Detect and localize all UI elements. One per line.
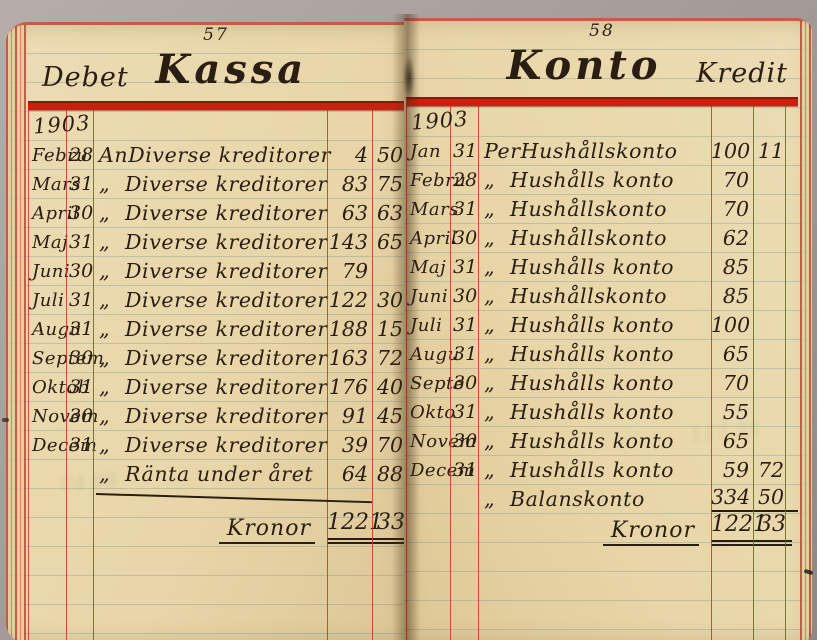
entry-description: „Balanskonto [478,489,711,513]
entry-month [406,509,450,512]
kassa-title: Kassa [129,46,334,93]
entry-text: Hushållskonto [510,226,667,250]
entry-month: Juli [28,292,66,313]
entry-month: April [28,205,66,226]
entry-text: Hushålls konto [510,255,674,279]
entry-text: Hushålls konto [510,313,674,337]
entry-description: „Hushålls konto [478,373,711,397]
entry-prefix: „ [99,290,125,311]
entry-day: 30 [450,229,478,251]
entry-amount-kronor: 62 [711,228,753,252]
entry-amount-ore: 72 [372,348,404,372]
edge-mark [2,418,9,422]
entry-prefix: „ [484,489,510,510]
entry-day: 31 [450,403,478,425]
year-label-right: 1903 [404,101,482,135]
entry-prefix: „ [99,232,125,253]
entry-amount-kronor: 63 [327,203,372,227]
entry-text: Diverse kreditorer [125,317,328,341]
entry-amount-ore [753,190,798,193]
entry-prefix: „ [484,460,510,481]
entry-amount-ore [753,335,798,338]
entry-prefix: An [99,145,128,166]
entry-prefix: Per [484,141,521,162]
entry-day: 31 [66,378,93,400]
total-ore-right: 33 [753,512,792,546]
entry-prefix: „ [484,257,510,278]
entry-text: Hushålls konto [510,400,674,424]
entry-description: „Diverse kreditorer [93,377,327,401]
ledger-entry-row: Novem 30 „Hushålls konto 65 [406,425,798,454]
entry-description: „Diverse kreditorer [93,290,327,314]
total-row-left: Kronor 1221 33 [28,510,404,543]
entry-text: Diverse kreditorer [125,404,328,428]
page-edge-red-stripes [6,25,26,640]
entry-text: Hushålls konto [510,429,674,453]
ledger-entry-row: Okto 31 „Hushålls konto 55 [406,396,798,425]
entry-amount-kronor: 65 [711,344,753,368]
year-label-left: 1903 [26,105,104,139]
entry-text: Hushållskonto [510,197,667,221]
entry-description: „Hushålls konto [478,170,711,194]
entry-amount-ore: 75 [372,174,404,198]
entry-prefix: „ [484,431,510,452]
entry-amount-ore: 11 [753,141,798,165]
entry-text: Balanskonto [510,487,645,511]
entry-month: Novem [28,408,66,429]
kronor-label-left: Kronor [93,516,327,544]
entry-prefix: „ [484,228,510,249]
entry-day: 30 [66,349,93,371]
entry-amount-kronor: 85 [711,257,753,281]
entry-amount-kronor: 334 [711,487,753,513]
entry-month: Juli [406,317,450,338]
entry-description: „Hushålls konto [478,402,711,426]
ledger-entry-row: Juli 31 „Hushålls konto 100 [406,309,798,338]
ledger-entry-row: Decem 31 „Hushålls konto 59 72 [406,454,798,483]
ledger-entry-row: Mars 31 „Hushållskonto 70 [406,193,798,222]
entry-text: Diverse kreditorer [125,346,328,370]
entry-prefix: „ [484,315,510,336]
entry-amount-kronor: 70 [711,199,753,223]
entry-day: 31 [450,258,478,280]
entry-description: PerHushållskonto [478,141,711,165]
entry-text: Ränta under året [125,462,313,486]
ledger-table-left: 1903 Febru 28 AnDiverse kreditorer 4 50 … [28,110,404,640]
entry-month: Okto [406,404,450,425]
page-edge-red-stripes [800,21,812,640]
entry-amount-kronor: 55 [711,402,753,426]
entry-description: „Hushållskonto [478,199,711,223]
entry-amount-kronor: 83 [327,174,372,198]
entry-month: Augu [406,346,450,367]
entry-month: April [406,230,450,251]
entry-text: Hushålls konto [510,371,674,395]
debet-label: Debet [42,62,129,93]
konto-title: Konto [472,42,696,89]
entry-amount-ore: 72 [753,460,798,484]
entry-day: 31 [66,233,93,255]
total-kronor-left: 1221 [327,510,372,544]
entry-month: Juni [406,288,450,309]
kredit-label: Kredit [696,58,788,89]
ledger-table-right: 1903 Jan 31 PerHushållskonto 100 11 Febr… [406,106,798,640]
entry-amount-kronor: 122 [327,290,372,314]
entry-month: Febru [28,147,66,168]
entry-amount-ore: 45 [372,406,404,430]
entry-amount-kronor: 100 [711,141,753,165]
ledger-entry-row: Septem 30 „Diverse kreditorer 163 72 [28,342,404,371]
entry-prefix: „ [99,435,125,456]
entry-prefix: „ [99,203,125,224]
closing-gap [28,487,404,510]
closing-diagonal-line [96,493,372,503]
entry-amount-kronor: 176 [327,377,372,401]
entry-day: 30 [450,432,478,454]
entry-day: 31 [66,175,93,197]
entry-prefix: „ [484,402,510,423]
ledger-entry-row: April 30 „Diverse kreditorer 63 63 [28,197,404,226]
ledger-entry-row: Juni 30 „Hushållskonto 85 [406,280,798,309]
entry-day [450,509,478,512]
entry-day: 31 [66,436,93,458]
entry-month: Maj [28,234,66,255]
ledger-page-right: 58 Konto Kredit 1903 Jan 31 PerHushållsk… [404,18,812,640]
entry-amount-kronor: 4 [327,145,372,169]
entry-day: 31 [66,291,93,313]
entry-prefix: „ [99,406,125,427]
kronor-label-right: Kronor [478,518,711,546]
entry-month: Septem [28,350,66,371]
entry-amount-kronor: 70 [711,373,753,397]
entry-text: Diverse kreditorer [125,433,328,457]
entry-text: Diverse kreditorer [125,375,328,399]
entry-description: „Diverse kreditorer [93,406,327,430]
entry-description: „Hushålls konto [478,344,711,368]
entry-month: Decem [406,462,450,483]
entry-description: „Diverse kreditorer [93,435,327,459]
entry-amount-kronor: 39 [327,435,372,459]
ledger-entry-row: Febru 28 „Hushålls konto 70 [406,164,798,193]
ledger-entry-row: Augu 31 „Diverse kreditorer 188 15 [28,313,404,342]
entry-amount-kronor: 70 [711,170,753,194]
ledger-entry-row: Maj 31 „Diverse kreditorer 143 65 [28,226,404,255]
ledger-page-left: 57 Debet Kassa 1903 Febru 28 AnDiverse k… [6,22,404,640]
entry-text: Diverse kreditorer [125,230,328,254]
entry-amount-kronor: 85 [711,286,753,310]
entry-amount-ore: 65 [372,232,404,256]
entry-amount-ore [753,422,798,425]
entry-prefix: „ [484,344,510,365]
entry-amount-kronor: 64 [327,464,372,488]
entry-amount-ore: 88 [372,464,404,488]
entry-day: 31 [450,200,478,222]
entry-description: „Hushålls konto [478,257,711,281]
entry-description: „Hushålls konto [478,460,711,484]
entry-month: Mars [28,176,66,197]
entry-description: „Diverse kreditorer [93,203,327,227]
entry-month: Decem [28,437,66,458]
entry-day: 31 [450,316,478,338]
entry-month: Oktob [28,379,66,400]
ledger-entry-row: Juli 31 „Diverse kreditorer 122 30 [28,284,404,313]
entry-amount-kronor: 79 [327,261,372,285]
entry-amount-ore: 50 [372,145,404,169]
entry-amount-kronor: 163 [327,348,372,372]
entry-month: Maj [406,259,450,280]
entries-right: Jan 31 PerHushållskonto 100 11 Febru 28 … [406,135,798,512]
entries-left: Febru 28 AnDiverse kreditorer 4 50 Mars … [28,139,404,487]
entry-day: 28 [450,171,478,193]
entry-prefix: „ [99,319,125,340]
entry-amount-ore [753,277,798,280]
entry-amount-ore: 40 [372,377,404,401]
entry-prefix: „ [484,286,510,307]
entry-text: Hushålls konto [510,342,674,366]
entry-prefix: „ [99,464,125,485]
entry-text: Diverse kreditorer [128,143,331,167]
entry-amount-ore: 50 [753,487,798,513]
page-header-right: Konto Kredit [406,45,798,91]
entry-amount-ore: 63 [372,203,404,227]
entry-text: Diverse kreditorer [125,172,328,196]
entry-prefix: „ [484,199,510,220]
entry-month: Febru [406,172,450,193]
entry-text: Hushålls konto [510,458,674,482]
ledger-entry-row: Juni 30 „Diverse kreditorer 79 [28,255,404,284]
entry-description: „Diverse kreditorer [93,348,327,372]
entry-amount-kronor: 65 [711,431,753,455]
entry-day: 30 [450,374,478,396]
entry-amount-kronor: 100 [711,315,753,339]
total-row-right: Kronor 1221 33 [406,512,798,545]
total-ore-left: 33 [372,510,405,544]
entry-amount-ore [753,393,798,396]
ledger-entry-row: April 30 „Hushållskonto 62 [406,222,798,251]
entry-amount-ore [753,219,798,222]
entry-text: Diverse kreditorer [125,288,328,312]
ledger-entry-row: Oktob 31 „Diverse kreditorer 176 40 [28,371,404,400]
entry-text: Diverse kreditorer [125,259,328,283]
entry-day: 31 [66,320,93,342]
total-kronor-right: 1221 [711,512,753,546]
page-header-left: Debet Kassa [28,49,404,95]
entry-month: Augu [28,321,66,342]
entry-day: 30 [66,262,93,284]
entry-month: Mars [406,201,450,222]
ledger-entry-row: Septe 30 „Hushålls konto 70 [406,367,798,396]
entry-amount-kronor: 188 [327,319,372,343]
entry-description: „Hushållskonto [478,228,711,252]
entry-day: 31 [450,142,478,164]
entry-description: AnDiverse kreditorer [93,145,327,169]
entry-prefix: „ [99,174,125,195]
entry-description: „Ränta under året [93,464,327,488]
entry-day: 28 [66,146,93,168]
entry-day: 30 [450,287,478,309]
entry-description: „Diverse kreditorer [93,232,327,256]
entry-description: „Hushålls konto [478,431,711,455]
entry-text: Diverse kreditorer [125,201,328,225]
entry-month: Septe [406,375,450,396]
entry-text: Hushållskonto [510,284,667,308]
entry-prefix: „ [484,373,510,394]
entry-day: 31 [450,345,478,367]
ledger-entry-row: Jan 31 PerHushållskonto 100 11 [406,135,798,164]
entry-amount-ore: 70 [372,435,404,459]
entry-description: „Diverse kreditorer [93,261,327,285]
entry-month: Novem [406,433,450,454]
ledger-entry-row: Febru 28 AnDiverse kreditorer 4 50 [28,139,404,168]
entry-amount-ore [372,281,404,284]
entry-text: Hushålls konto [510,168,674,192]
entry-day: 30 [66,204,93,226]
entry-prefix: „ [99,261,125,282]
entry-description: „Diverse kreditorer [93,174,327,198]
entry-day: 31 [450,461,478,483]
ledger-entry-row: „Ränta under året 64 88 [28,458,404,487]
ledger-entry-row: „Balanskonto 334 50 [406,483,798,512]
ledger-entry-row: Decem 31 „Diverse kreditorer 39 70 [28,429,404,458]
entry-text: Hushållskonto [521,139,678,163]
entry-amount-ore [753,451,798,454]
entry-amount-kronor: 143 [327,232,372,256]
entry-day: 30 [66,407,93,429]
entry-amount-ore: 30 [372,290,404,314]
ledger-entry-row: Novem 30 „Diverse kreditorer 91 45 [28,400,404,429]
entry-description: „Hushållskonto [478,286,711,310]
entry-amount-kronor: 91 [327,406,372,430]
ledger-entry-row: Mars 31 „Diverse kreditorer 83 75 [28,168,404,197]
entry-amount-ore [753,306,798,309]
entry-amount-kronor: 59 [711,460,753,484]
ledger-photo: 57 Debet Kassa 1903 Febru 28 AnDiverse k… [0,0,817,640]
entry-amount-ore: 15 [372,319,404,343]
entry-prefix: „ [484,170,510,191]
entry-description: „Hushålls konto [478,315,711,339]
entry-amount-ore [753,364,798,367]
ledger-entry-row: Maj 31 „Hushålls konto 85 [406,251,798,280]
entry-prefix: „ [99,348,125,369]
entry-month: Jan [406,143,450,164]
entry-prefix: „ [99,377,125,398]
entry-month: Juni [28,263,66,284]
entry-description: „Diverse kreditorer [93,319,327,343]
ledger-entry-row: Augu 31 „Hushålls konto 65 [406,338,798,367]
entry-amount-ore [753,248,798,251]
